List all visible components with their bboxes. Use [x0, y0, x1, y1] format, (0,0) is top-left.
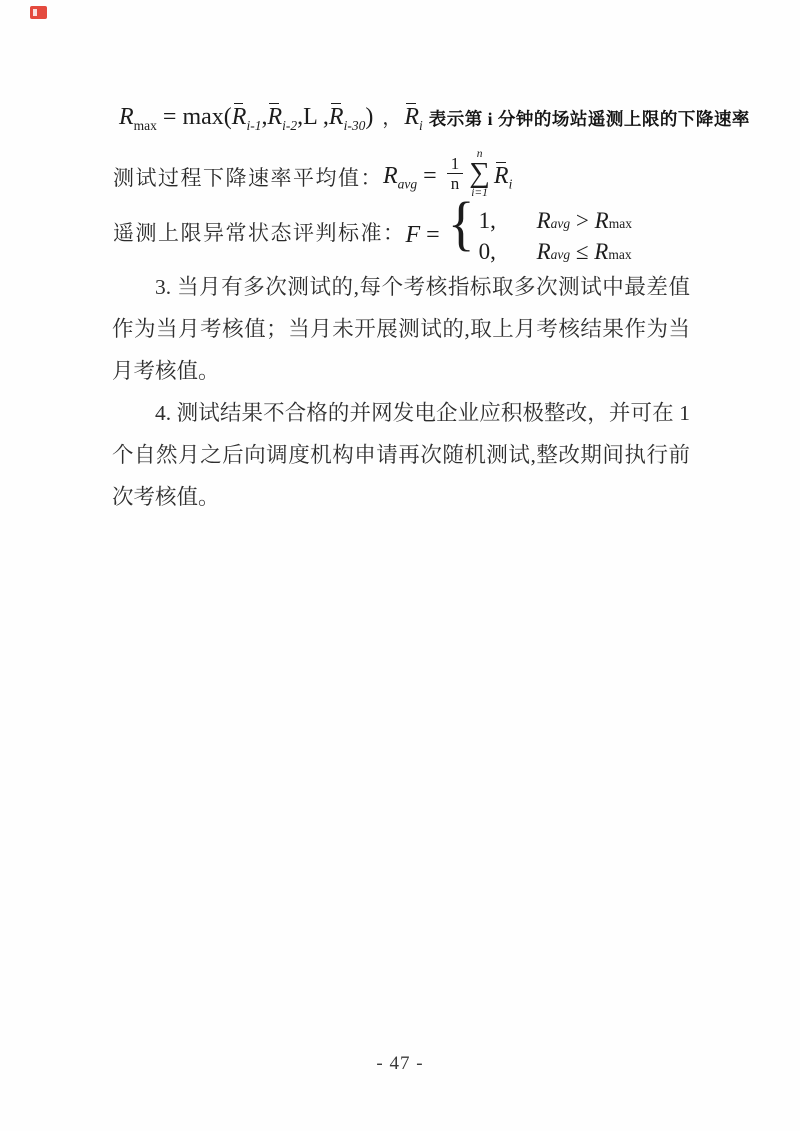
math-var: R [383, 163, 398, 189]
math-subscript: max [134, 118, 157, 133]
math-subscript: i-1 [246, 118, 261, 133]
math-subscript: i-2 [282, 118, 297, 133]
rbar-term: R [404, 104, 419, 131]
paragraph-3-line-3: 月考核值。 [112, 350, 690, 392]
fjudge-label: 遥测上限异常状态评判标准： [113, 217, 406, 247]
math-operator: = max( [157, 104, 232, 130]
rbar-term: R [494, 163, 509, 190]
sigma-symbol: ∑ [469, 160, 490, 188]
paragraph-3-line-1: 3. 当月有多次测试的,每个考核指标取多次测试中最差值 [112, 266, 690, 308]
rbar-term: R [267, 104, 282, 131]
case-row: 0,Ravg ≤ Rmax [479, 239, 632, 265]
rbar-term: R [329, 104, 344, 131]
case-value: 1, [479, 208, 537, 234]
paragraph-4-line-2: 个自然月之后向调度机构申请再次随机测试,整改期间执行前 [112, 434, 690, 476]
math-subscript: i-30 [344, 118, 366, 133]
math-subscript: i [419, 118, 423, 133]
fjudge-formula: F = {1,Ravg > Rmax0,Ravg ≤ Rmax [406, 199, 632, 265]
fraction-numerator: 1 [447, 154, 464, 174]
math-var: R [119, 104, 134, 130]
formula-fjudge-line: 遥测上限异常状态评判标准： F = {1,Ravg > Rmax0,Ravg ≤… [113, 202, 632, 262]
document-page: Rmax = max(Ri-1,Ri-2,L ,Ri-30) ，Ri 表示第 i… [0, 0, 800, 1131]
rmax-description: 表示第 i 分钟的场站遥测上限的下降速率 [429, 106, 750, 131]
cases-block: 1,Ravg > Rmax0,Ravg ≤ Rmax [479, 208, 632, 265]
math-var: R [232, 104, 247, 130]
rmax-formula: Rmax = max(Ri-1,Ri-2,L ,Ri-30) ，Ri [119, 103, 423, 132]
fraction: 1n [447, 154, 464, 194]
case-value: 0, [479, 239, 537, 265]
math-var: F [406, 222, 421, 248]
math-var: R [494, 163, 509, 189]
paragraph-3-line-2: 作为当月考核值；当月未开展测试的,取上月考核结果作为当 [112, 308, 690, 350]
math-var: R [537, 208, 551, 234]
math-var: R [404, 104, 419, 130]
left-brace: { [448, 197, 475, 251]
math-separator: ,L , [297, 104, 329, 130]
math-operator: = [420, 222, 446, 248]
red-watermark-icon [30, 6, 47, 19]
math-var: R [595, 208, 609, 234]
case-row: 1,Ravg > Rmax [479, 208, 632, 234]
math-subscript: max [608, 248, 631, 262]
paragraph-4-line-3: 次考核值。 [112, 476, 690, 518]
math-var: R [329, 104, 344, 130]
math-subscript: avg [551, 217, 571, 231]
math-var: R [537, 239, 551, 265]
formula-rmax-line: Rmax = max(Ri-1,Ri-2,L ,Ri-30) ，Ri 表示第 i… [119, 98, 750, 138]
page-number: - 47 - [0, 1053, 800, 1075]
rbar-term: R [232, 104, 247, 131]
math-subscript: i [509, 176, 513, 191]
ravg-label: 测试过程下降速率平均值： [113, 162, 383, 192]
math-operator: = [417, 163, 443, 189]
paragraph-4-line-1: 4. 测试结果不合格的并网发电企业应积极整改，并可在 1 [112, 392, 690, 434]
math-relation: > [570, 208, 594, 234]
math-relation: ≤ [570, 239, 594, 265]
math-subscript: avg [551, 248, 571, 262]
cjk-comma: ， [382, 108, 401, 129]
math-subscript: avg [398, 176, 418, 191]
math-var: R [594, 239, 608, 265]
math-var: R [267, 104, 282, 130]
body-text: 3. 当月有多次测试的,每个考核指标取多次测试中最差值 作为当月考核值；当月未开… [112, 266, 690, 518]
math-subscript: max [609, 217, 632, 231]
math-paren: ) [365, 104, 379, 130]
